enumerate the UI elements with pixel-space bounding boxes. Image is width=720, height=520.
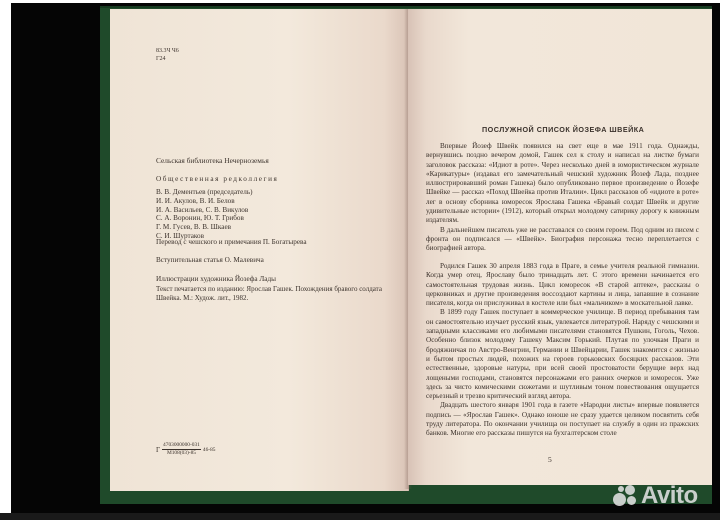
editorial-board-list: В. В. Дементьев (председатель) И. И. Аку… [156,188,253,241]
catalog-index: Г 4703000000-031 М108(03)-85 46-85 [156,442,215,457]
catalog-prefix: Г [156,446,160,454]
watermark-text: Avito [641,482,698,510]
left-page: 83.3Ч Ч6 Г24 Сельская библиотека Нечерно… [110,9,408,491]
bbk-code: 83.3Ч Ч6 [156,47,179,55]
chapter-title: ПОСЛУЖНОЙ СПИСОК ЙОЗЕФА ШВЕЙКА [482,125,644,134]
paragraph: Впервые Йозеф Швейк появился на свет еще… [426,142,699,226]
catalog-suffix: 46-85 [203,447,216,453]
board-member: Г. М. Гусев, В. В. Шкаев [156,223,253,232]
paragraph: Родился Гашек 30 апреля 1883 года в Праг… [426,262,699,308]
series-title: Сельская библиотека Нечерноземья [156,156,269,165]
page-number: 5 [548,455,552,464]
source-note: Текст печатается по изданию: Ярослав Гаш… [156,285,396,302]
editorial-board-heading: Общественная редколлегия [156,175,278,183]
right-page: ПОСЛУЖНОЙ СПИСОК ЙОЗЕФА ШВЕЙКА Впервые Й… [408,9,712,485]
illustration-credit: Иллюстрации художника Йозефа Лады [156,275,276,283]
introduction-credit: Вступительная статья О. Малевича [156,256,264,264]
paragraph: В 1899 году Гашек поступает в коммерческ… [426,308,699,401]
text-block-2: Родился Гашек 30 апреля 1883 года в Праг… [426,262,699,439]
avito-watermark: Avito [613,482,698,510]
board-member: И. И. Акулов, В. И. Белов [156,197,253,206]
avito-dots-icon [613,484,639,508]
classification-codes: 83.3Ч Ч6 Г24 [156,47,179,63]
bottom-strip [0,513,720,520]
catalog-denominator: М108(03)-85 [167,450,196,457]
paragraph: В дальнейшем писатель уже не расставался… [426,226,699,254]
translation-credit: Перевод с чешского и примечания П. Богат… [156,238,307,246]
catalog-fraction: 4703000000-031 М108(03)-85 [162,442,201,457]
board-member: С. А. Воронин, Ю. Т. Грибов [156,214,253,223]
board-member: И. А. Васильев, С. В. Викулов [156,206,253,215]
text-block-1: Впервые Йозеф Швейк появился на свет еще… [426,142,699,254]
catalog-numerator: 4703000000-031 [162,442,201,450]
udc-code: Г24 [156,55,179,63]
board-member: В. В. Дементьев (председатель) [156,188,253,197]
paragraph: Двадцать шестого января 1901 года в газе… [426,401,699,438]
